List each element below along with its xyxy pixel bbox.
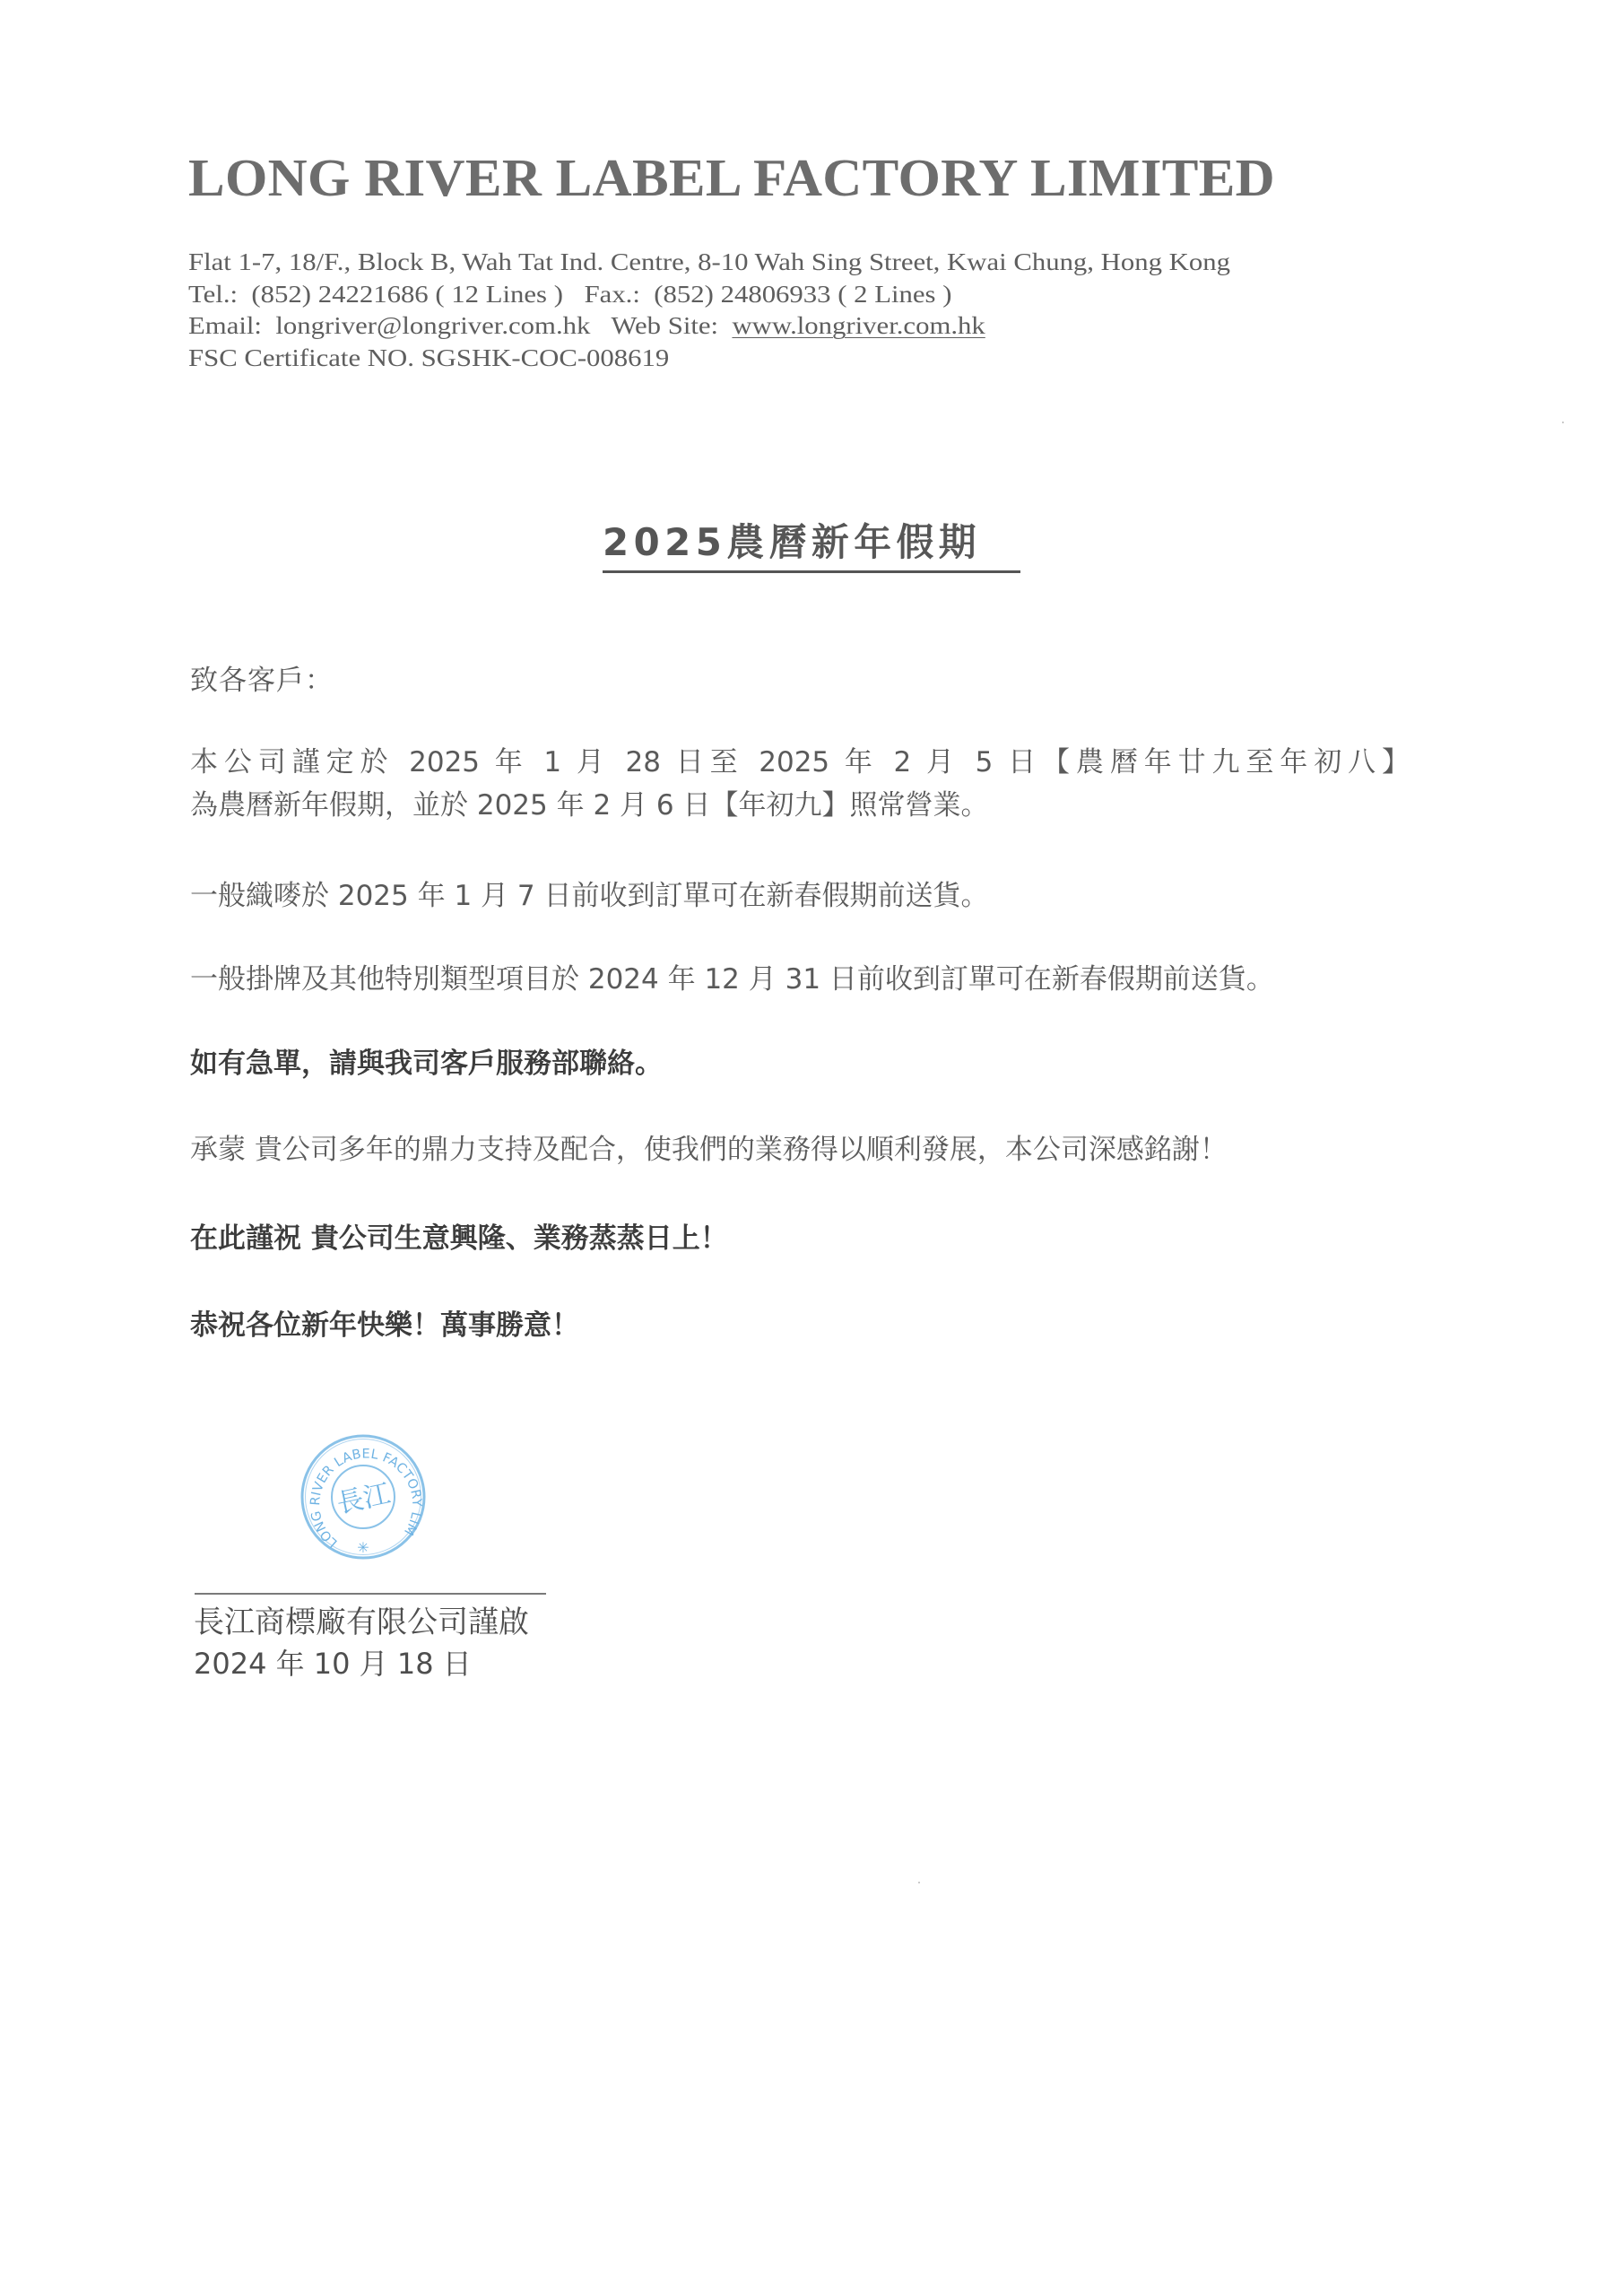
scan-speck — [918, 1882, 920, 1883]
address-line: Flat 1-7, 18/F., Block B, Wah Tat Ind. C… — [188, 247, 1230, 279]
paragraph-wishes: 在此謹祝 貴公司生意興隆、業務蒸蒸日上！ — [190, 1217, 728, 1260]
svg-text:✳: ✳ — [357, 1539, 369, 1556]
phone-fax-line: Tel.: (852) 24221686 ( 12 Lines ) Fax.: … — [188, 279, 951, 311]
website-label: Web Site: — [611, 312, 718, 339]
fax-value: (852) 24806933 ( 2 Lines ) — [654, 281, 951, 308]
letter-date: 2024 年 10 月 18 日 — [194, 1643, 472, 1684]
scan-speck — [1562, 422, 1564, 423]
company-seal-stamp: LONG RIVER LABEL FACTORY LIMITED 長江 ✳ — [299, 1432, 428, 1561]
notice-title: 2025農曆新年假期 — [603, 518, 1020, 567]
paragraph-holiday-dates: 本公司謹定於 2025 年 1 月 28 日至 2025 年 2 月 5 日【農… — [190, 741, 1410, 827]
fsc-certificate: FSC Certificate NO. SGSHK-COC-008619 — [188, 343, 669, 375]
paragraph-hang-tag-deadline: 一般掛牌及其他特別類型項目於 2024 年 12 月 31 日前收到訂單可在新春… — [190, 958, 1274, 1001]
email-web-line: Email: longriver@longriver.com.hk Web Si… — [188, 310, 985, 343]
signature-line — [195, 1593, 546, 1595]
website-link[interactable]: www.longriver.com.hk — [732, 312, 985, 339]
greeting: 致各客戶： — [190, 659, 334, 702]
paragraph-urgent-orders: 如有急單，請與我司客戶服務部聯絡。 — [190, 1042, 663, 1085]
tel-label: Tel.: — [188, 281, 238, 308]
paragraph-new-year-greeting: 恭祝各位新年快樂！萬事勝意！ — [190, 1304, 579, 1347]
tel-value: (852) 24221686 ( 12 Lines ) — [251, 281, 563, 308]
svg-text:長江: 長江 — [334, 1478, 394, 1520]
paragraph-line: 本公司謹定於 2025 年 1 月 28 日至 2025 年 2 月 5 日【農… — [190, 741, 1410, 784]
company-name: LONG RIVER LABEL FACTORY LIMITED — [188, 149, 1275, 206]
paragraph-line: 為農曆新年假期，並於 2025 年 2 月 6 日【年初九】照常營業。 — [190, 784, 1410, 827]
paragraph-woven-label-deadline: 一般織嘜於 2025 年 1 月 7 日前收到訂單可在新春假期前送貨。 — [190, 874, 988, 918]
paragraph-thanks: 承蒙 貴公司多年的鼎力支持及配合，使我們的業務得以順利發展，本公司深感銘謝！ — [190, 1128, 1228, 1171]
signatory-company: 長江商標廠有限公司謹啟 — [194, 1602, 529, 1643]
email-value[interactable]: longriver@longriver.com.hk — [275, 312, 590, 339]
fax-label: Fax.: — [585, 281, 640, 308]
contact-block: Flat 1-7, 18/F., Block B, Wah Tat Ind. C… — [188, 247, 1104, 374]
seal-icon: LONG RIVER LABEL FACTORY LIMITED 長江 ✳ — [299, 1432, 428, 1561]
email-label: Email: — [188, 312, 262, 339]
title-underline — [603, 570, 1020, 573]
